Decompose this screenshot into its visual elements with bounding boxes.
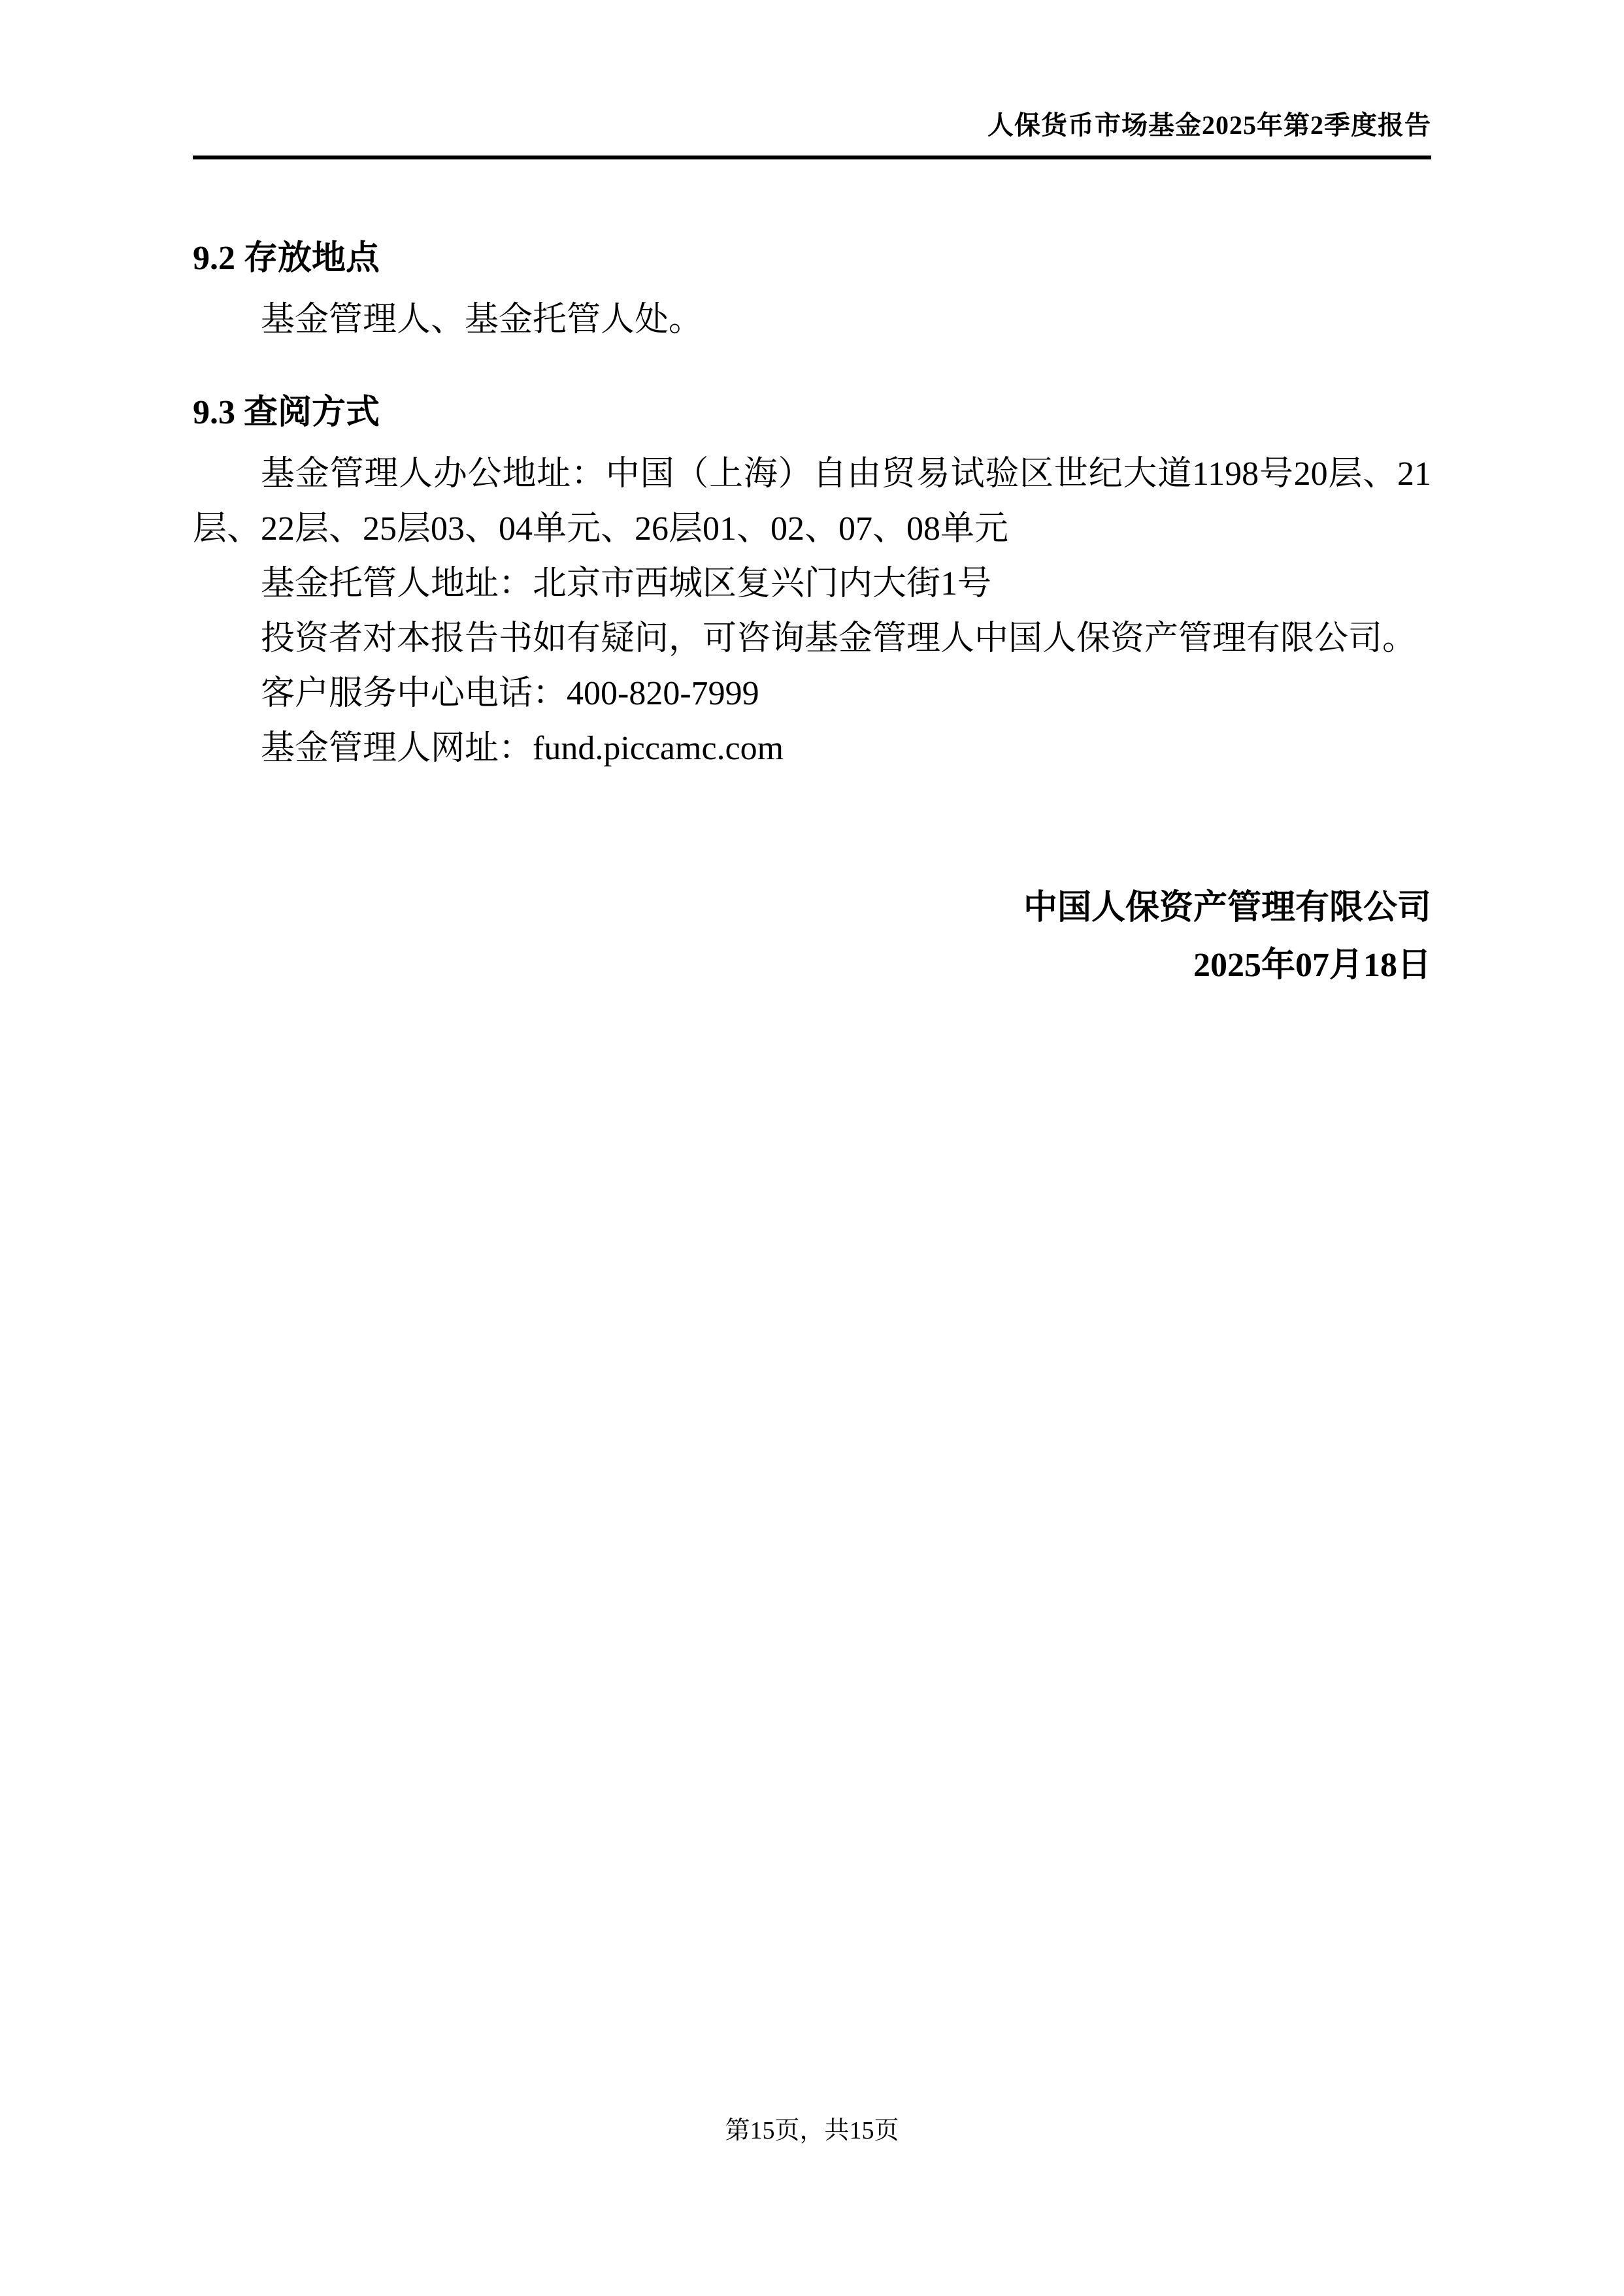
paragraph-customer-service-phone: 客户服务中心电话：400-820-7999 xyxy=(193,666,1431,721)
report-body: 9.2 存放地点 基金管理人、基金托管人处。 9.3 查阅方式 基金管理人办公地… xyxy=(193,239,1431,994)
signature-date: 2025年07月18日 xyxy=(193,937,1431,994)
paragraph-manager-website: 基金管理人网址：fund.piccamc.com xyxy=(193,721,1431,776)
report-page: 人保货币市场基金2025年第2季度报告 9.2 存放地点 基金管理人、基金托管人… xyxy=(0,0,1624,2296)
page-number-label: 第15页，共15页 xyxy=(725,2117,899,2144)
page-content: 人保货币市场基金2025年第2季度报告 9.2 存放地点 基金管理人、基金托管人… xyxy=(0,110,1624,994)
signature-company-name: 中国人保资产管理有限公司 xyxy=(193,879,1431,937)
header-divider-rule xyxy=(193,156,1431,159)
section-heading-consultation-method: 9.3 查阅方式 xyxy=(193,393,1431,433)
page-header: 人保货币市场基金2025年第2季度报告 xyxy=(193,110,1431,159)
section-heading-storage-location: 9.2 存放地点 xyxy=(193,239,1431,278)
page-footer: 第15页，共15页 xyxy=(0,2116,1624,2146)
paragraph-investor-inquiry: 投资者对本报告书如有疑问，可咨询基金管理人中国人保资产管理有限公司。 xyxy=(193,612,1431,666)
paragraph-manager-office-address: 基金管理人办公地址：中国（上海）自由贸易试验区世纪大道1198号20层、21层、… xyxy=(193,447,1431,557)
signature-block: 中国人保资产管理有限公司 2025年07月18日 xyxy=(193,879,1431,994)
paragraph-storage-location: 基金管理人、基金托管人处。 xyxy=(193,293,1431,348)
report-header-title: 人保货币市场基金2025年第2季度报告 xyxy=(193,110,1431,141)
paragraph-custodian-address: 基金托管人地址：北京市西城区复兴门内大街1号 xyxy=(193,557,1431,612)
